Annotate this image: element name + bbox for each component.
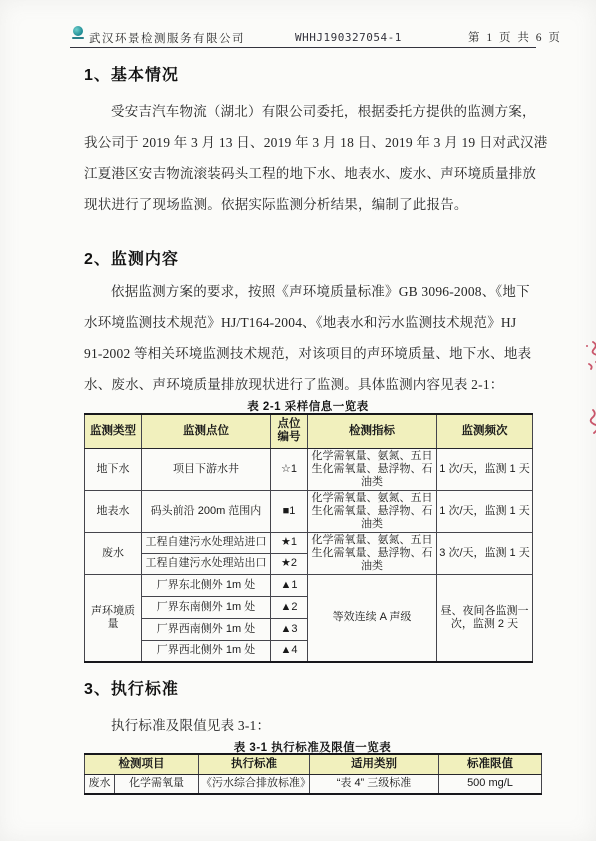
cell-mark: ▲4	[271, 640, 308, 662]
paragraph-line: 依据监测方案的要求，按照《声环境质量标准》GB 3096-2008、《地下	[84, 280, 566, 300]
section-1-heading: 1、基本情况	[84, 62, 179, 85]
cell-frequency: 3 次/天，监测 1 天	[437, 532, 533, 574]
cell-site: 厂界西南侧外 1m 处	[142, 618, 271, 640]
scanned-report-page: { "header": { "company": "武汉环景检测服务有限公司",…	[0, 0, 596, 841]
col-header-standard: 执行标准	[199, 754, 310, 774]
cell-mark: ▲1	[271, 574, 308, 596]
cell-mark: ☆1	[271, 448, 308, 490]
table-2-1-caption: 表 2-1 采样信息一览表	[84, 398, 532, 414]
cell-site: 码头前沿 200m 范围内	[142, 490, 271, 532]
header-rule	[70, 47, 536, 48]
table-row: 地下水 项目下游水井 ☆1 化学需氧量、氨氮、五日生化需氧量、悬浮物、石油类 1…	[85, 448, 533, 490]
cell-mark: ★1	[271, 532, 308, 553]
sampling-info-table: 监测类型 监测点位 点位编号 检测指标 监测频次 地下水 项目下游水井 ☆1 化…	[84, 413, 533, 663]
standards-table: 检测项目 执行标准 适用类别 标准限值 废水 化学需氧量 《污水综合排放标准》 …	[84, 753, 542, 795]
col-header-limit: 标准限值	[439, 754, 542, 774]
cell-category: 废水	[85, 774, 115, 794]
col-header-applicable: 适用类别	[310, 754, 439, 774]
table-header-row: 监测类型 监测点位 点位编号 检测指标 监测频次	[85, 414, 533, 448]
col-header-indicator: 检测指标	[308, 414, 437, 448]
section-2-heading: 2、监测内容	[84, 246, 179, 269]
cell-indicator: 等效连续 A 声级	[308, 574, 437, 662]
paragraph-line: 我公司于 2019 年 3 月 13 日、2019 年 3 月 18 日、201…	[84, 131, 539, 151]
cell-standard: 《污水综合排放标准》	[199, 774, 310, 794]
col-header-site: 监测点位	[142, 414, 271, 448]
cell-item: 化学需氧量	[115, 774, 199, 794]
cell-mark: ▲2	[271, 596, 308, 618]
cell-site: 项目下游水井	[142, 448, 271, 490]
cell-indicator: 化学需氧量、氨氮、五日生化需氧量、悬浮物、石油类	[308, 490, 437, 532]
paragraph-line: 水环境监测技术规范》HJ/T164-2004、《地表水和污水监测技术规范》HJ	[84, 311, 539, 331]
table-header-row: 检测项目 执行标准 适用类别 标准限值	[85, 754, 542, 774]
paragraph-line: 91-2002 等相关环境监测技术规范，对该项目的声环境质量、地下水、地表	[84, 342, 539, 362]
section-3-heading: 3、执行标准	[84, 676, 179, 699]
paragraph-line: 水、废水、声环境质量排放现状进行了监测。具体监测内容见表 2-1：	[84, 373, 539, 393]
cell-site: 工程自建污水处理站出口	[142, 553, 271, 574]
cell-limit: 500 mg/L	[439, 774, 542, 794]
cell-indicator: 化学需氧量、氨氮、五日生化需氧量、悬浮物、石油类	[308, 448, 437, 490]
cell-site: 厂界西北侧外 1m 处	[142, 640, 271, 662]
paragraph-line: 江夏港区安吉物流滚装码头工程的地下水、地表水、废水、声环境质量排放	[84, 162, 539, 182]
paragraph-line: 受安吉汽车物流（湖北）有限公司委托，根据委托方提供的监测方案，	[84, 100, 566, 120]
cell-frequency: 1 次/天，监测 1 天	[437, 448, 533, 490]
cell-type: 地下水	[85, 448, 142, 490]
cell-site: 厂界东北侧外 1m 处	[142, 574, 271, 596]
cell-frequency: 1 次/天，监测 1 天	[437, 490, 533, 532]
table-row: 声环境质量 厂界东北侧外 1m 处 ▲1 等效连续 A 声级 昼、夜间各监测一次…	[85, 574, 533, 596]
cell-site: 厂界东南侧外 1m 处	[142, 596, 271, 618]
cell-applicable: “表 4” 三级标准	[310, 774, 439, 794]
red-ink-mark	[583, 340, 596, 378]
paragraph-line: 现状进行了现场监测。依据实际监测分析结果，编制了此报告。	[84, 193, 539, 213]
cell-type: 声环境质量	[85, 574, 142, 662]
red-ink-mark	[586, 408, 596, 438]
cell-type: 废水	[85, 532, 142, 574]
document-number: WHHJ190327054-1	[295, 31, 402, 44]
cell-indicator: 化学需氧量、氨氮、五日生化需氧量、悬浮物、石油类	[308, 532, 437, 574]
page-number: 第 1 页 共 6 页	[468, 29, 562, 45]
company-name: 武汉环景检测服务有限公司	[89, 30, 245, 46]
table-row: 废水 工程自建污水处理站进口 ★1 化学需氧量、氨氮、五日生化需氧量、悬浮物、石…	[85, 532, 533, 553]
col-header-item: 检测项目	[85, 754, 199, 774]
col-header-frequency: 监测频次	[437, 414, 533, 448]
col-header-mark: 点位编号	[271, 414, 308, 448]
cell-frequency: 昼、夜间各监测一次，监测 2 天	[437, 574, 533, 662]
paragraph-line: 执行标准及限值见表 3-1：	[84, 714, 566, 734]
company-logo-icon	[71, 26, 84, 42]
cell-mark: ▲3	[271, 618, 308, 640]
cell-mark: ★2	[271, 553, 308, 574]
table-row: 废水 化学需氧量 《污水综合排放标准》 “表 4” 三级标准 500 mg/L	[85, 774, 542, 794]
cell-type: 地表水	[85, 490, 142, 532]
cell-mark: ■1	[271, 490, 308, 532]
table-row: 地表水 码头前沿 200m 范围内 ■1 化学需氧量、氨氮、五日生化需氧量、悬浮…	[85, 490, 533, 532]
cell-site: 工程自建污水处理站进口	[142, 532, 271, 553]
col-header-type: 监测类型	[85, 414, 142, 448]
